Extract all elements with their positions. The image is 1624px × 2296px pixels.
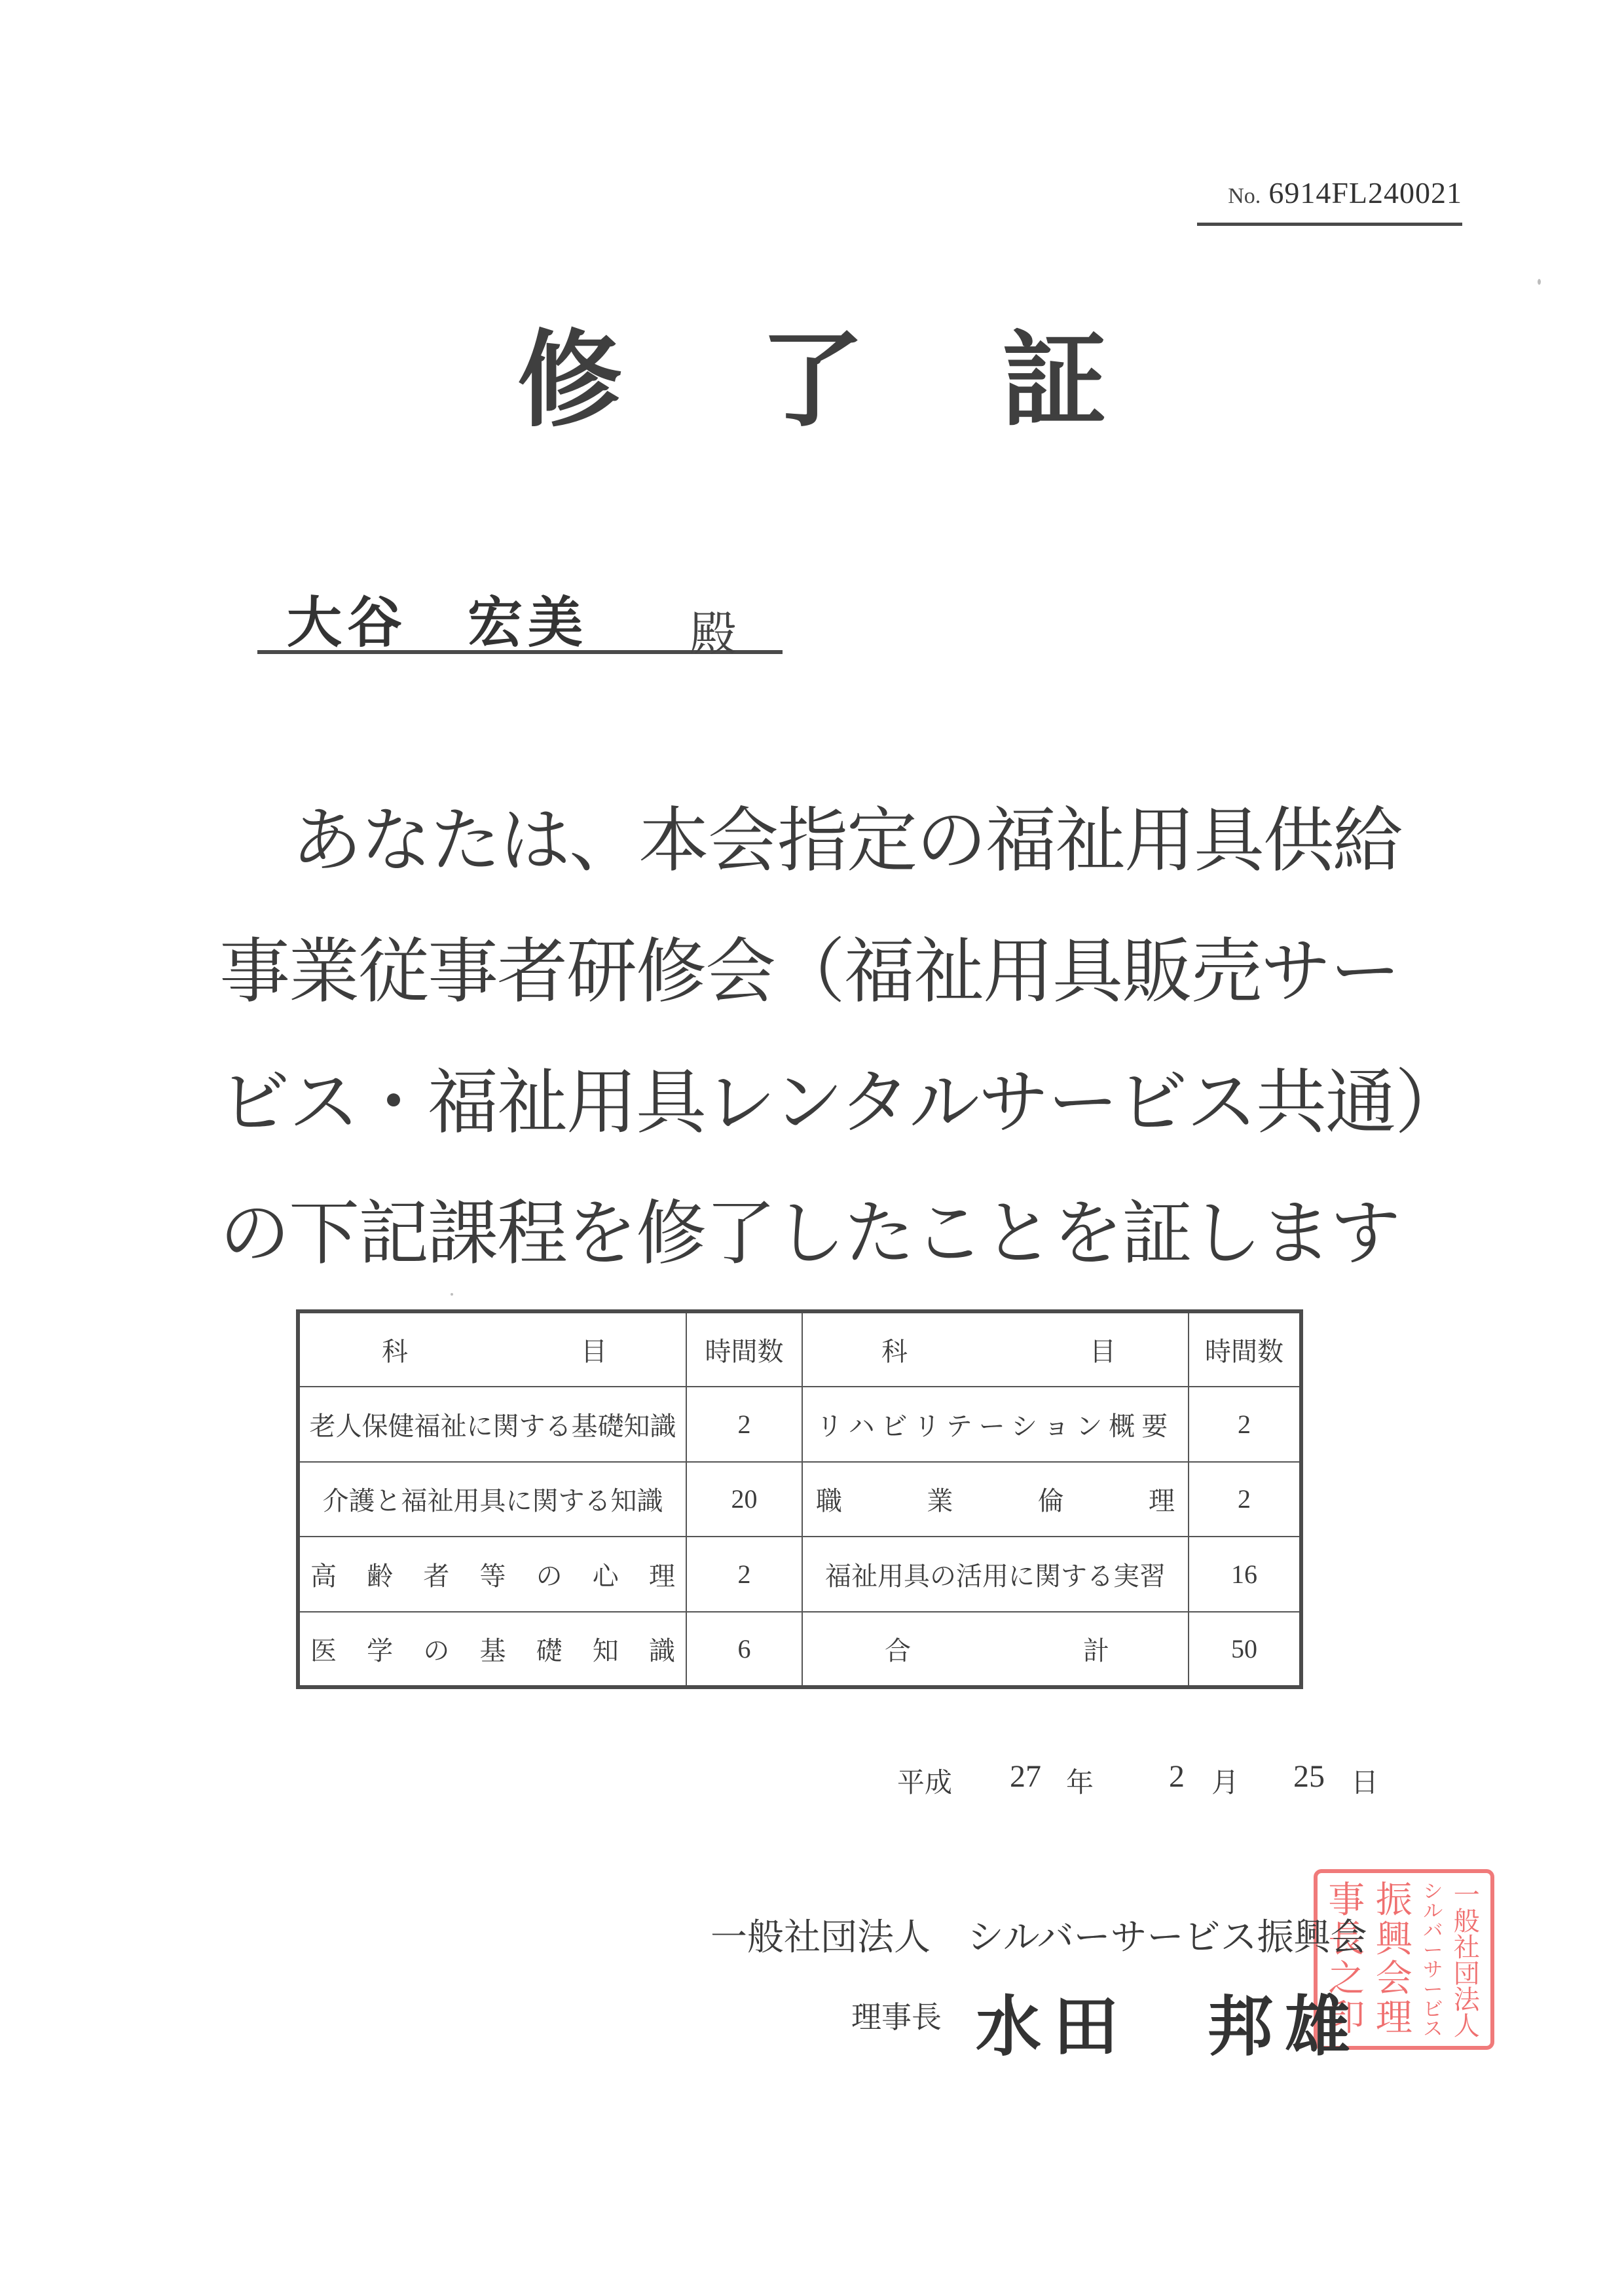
subject-char: 学	[367, 1630, 393, 1667]
subject-char: 等	[479, 1556, 506, 1593]
hours-cell: 16	[1189, 1537, 1299, 1611]
seal-char: シ	[1423, 1882, 1443, 1902]
subject-char: 者	[423, 1556, 449, 1593]
subject-char: 倫	[1038, 1480, 1064, 1518]
seal-char: バ	[1423, 1922, 1443, 1941]
seal-column-3: 振 興 会 理	[1376, 1882, 1412, 2037]
subject-cell: 介護と福祉用具に関する知識	[300, 1462, 686, 1537]
date-month-unit: 月	[1211, 1761, 1239, 1800]
subject-cell: 医 学 の 基 礎 知 識	[300, 1612, 686, 1685]
certificate-statement: あなたは、本会指定の福祉用具供給 事業従事者研修会（福祉用具販売サー ビス・福祉…	[219, 776, 1392, 1300]
seal-char: ス	[1423, 2020, 1443, 2039]
subject-cell: 老人保健福祉に関する基礎知識	[300, 1387, 686, 1461]
subject-char: 礎	[536, 1630, 563, 1667]
date-month: 2	[1169, 1758, 1185, 1795]
subject-char: 知	[593, 1630, 619, 1667]
statement-line-2: 事業従事者研修会（福祉用具販売サー	[219, 907, 1392, 1038]
total-label-char-2: 計	[1083, 1630, 1109, 1667]
total-label-cell: 合 計	[802, 1612, 1189, 1685]
recipient-name: 大谷 宏美	[287, 579, 588, 658]
hours-cell: 2	[1189, 1387, 1299, 1461]
course-table: 科 目 時間数 科 目 時間数 老人保健福祉に関する基礎知識 2 リハビリテーシ…	[296, 1309, 1303, 1689]
hours-cell: 6	[686, 1612, 802, 1685]
chair-name: 水田 邦雄	[976, 1974, 1362, 2068]
recipient-line: 大谷 宏美 殿	[257, 576, 783, 654]
subject-char: 高	[310, 1556, 337, 1593]
subject-cell: 職 業 倫 理	[802, 1462, 1189, 1537]
document-title: 修 了 証	[517, 314, 1107, 445]
subject-char: の	[536, 1556, 563, 1593]
subject-char: 齢	[367, 1556, 393, 1593]
seal-char: 会	[1376, 1961, 1412, 1997]
table-row: 介護と福祉用具に関する知識 20 職 業 倫 理 2	[300, 1462, 1299, 1537]
table-row: 老人保健福祉に関する基礎知識 2 リハビリテーション概要 2	[300, 1387, 1299, 1461]
subject-char: 心	[593, 1556, 619, 1593]
header-hours-right: 時間数	[1189, 1313, 1299, 1387]
title-char-1: 修	[517, 327, 622, 432]
title-char-2: 了	[760, 327, 864, 432]
statement-line-4: の下記課程を修了したことを証します	[219, 1169, 1392, 1300]
seal-char: 団	[1454, 1961, 1480, 1987]
issue-date: 平成 27 年 2 月 25 日	[897, 1761, 1369, 1807]
chair-title: 理事長	[851, 1994, 942, 2037]
seal-char: 振	[1376, 1882, 1412, 1919]
seal-char: ー	[1423, 1941, 1443, 1961]
date-year-unit: 年	[1066, 1761, 1094, 1800]
header-subject-left-char-1: 科	[382, 1331, 408, 1368]
total-label-char-1: 合	[885, 1630, 911, 1667]
table-row: 高 齢 者 等 の 心 理 2 福祉用具の活用に関する実習 16	[300, 1537, 1299, 1611]
subject-char: 医	[310, 1630, 337, 1667]
date-era: 平成	[897, 1761, 952, 1800]
subject-char: 基	[479, 1630, 506, 1667]
subject-char: 理	[1149, 1480, 1175, 1518]
header-subject-right-char-2: 目	[1090, 1331, 1116, 1368]
subject-char: 職	[816, 1480, 842, 1518]
subject-char: 業	[927, 1480, 953, 1518]
subject-text: リハビリテーション概要	[817, 1412, 1174, 1442]
certificate-number-value: 6914FL240021	[1268, 176, 1462, 210]
seal-char: 一	[1454, 1882, 1480, 1908]
header-subject-right: 科 目	[802, 1313, 1189, 1387]
subject-char: の	[423, 1630, 449, 1667]
date-year: 27	[1010, 1758, 1041, 1795]
subject-char: 識	[649, 1630, 675, 1667]
seal-char: 法	[1454, 1987, 1480, 2013]
hours-cell: 2	[1189, 1462, 1299, 1537]
statement-line-1: あなたは、本会指定の福祉用具供給	[219, 776, 1392, 907]
date-day: 25	[1293, 1758, 1325, 1795]
total-hours-cell: 50	[1189, 1612, 1299, 1685]
certificate-number: No.6914FL240021	[1197, 175, 1462, 226]
issuing-organization: 一般社団法人 シルバーサービス振興会	[710, 1908, 1365, 1961]
seal-char: ル	[1423, 1902, 1443, 1922]
seal-char: 理	[1376, 2000, 1412, 2037]
subject-char: 理	[649, 1556, 675, 1593]
hours-cell: 20	[686, 1462, 802, 1537]
hours-cell: 2	[686, 1537, 802, 1611]
recipient-honorific: 殿	[690, 596, 737, 664]
certificate-number-prefix: No.	[1228, 184, 1261, 208]
subject-cell: 福祉用具の活用に関する実習	[802, 1537, 1189, 1611]
seal-column-1: 一 般 社 団 法 人	[1454, 1882, 1480, 2037]
table-row: 医 学 の 基 礎 知 識 6 合 計 50	[300, 1612, 1299, 1685]
seal-char: サ	[1423, 1961, 1443, 1980]
header-subject-right-char-1: 科	[881, 1331, 908, 1368]
header-hours-left: 時間数	[686, 1313, 802, 1387]
subject-cell: リハビリテーション概要	[802, 1387, 1189, 1461]
seal-char: ー	[1423, 1980, 1443, 2000]
subject-cell: 高 齢 者 等 の 心 理	[300, 1537, 686, 1611]
scan-speck	[1538, 279, 1541, 285]
scan-speck	[451, 1293, 453, 1296]
hours-cell: 2	[686, 1387, 802, 1461]
title-char-3: 証	[1002, 327, 1107, 432]
seal-column-2: シ ル バ ー サ ー ビ ス	[1423, 1882, 1443, 2037]
seal-char: 人	[1454, 2013, 1480, 2039]
seal-char: 社	[1454, 1935, 1480, 1961]
date-day-unit: 日	[1351, 1761, 1378, 1800]
seal-char: 興	[1376, 1922, 1412, 1958]
statement-line-3: ビス・福祉用具レンタルサービス共通）	[219, 1038, 1392, 1169]
header-subject-left-char-2: 目	[581, 1331, 607, 1368]
seal-char: ビ	[1423, 2000, 1443, 2020]
header-subject-left: 科 目	[300, 1313, 686, 1387]
table-header-row: 科 目 時間数 科 目 時間数	[300, 1313, 1299, 1387]
seal-char: 般	[1454, 1908, 1480, 1935]
